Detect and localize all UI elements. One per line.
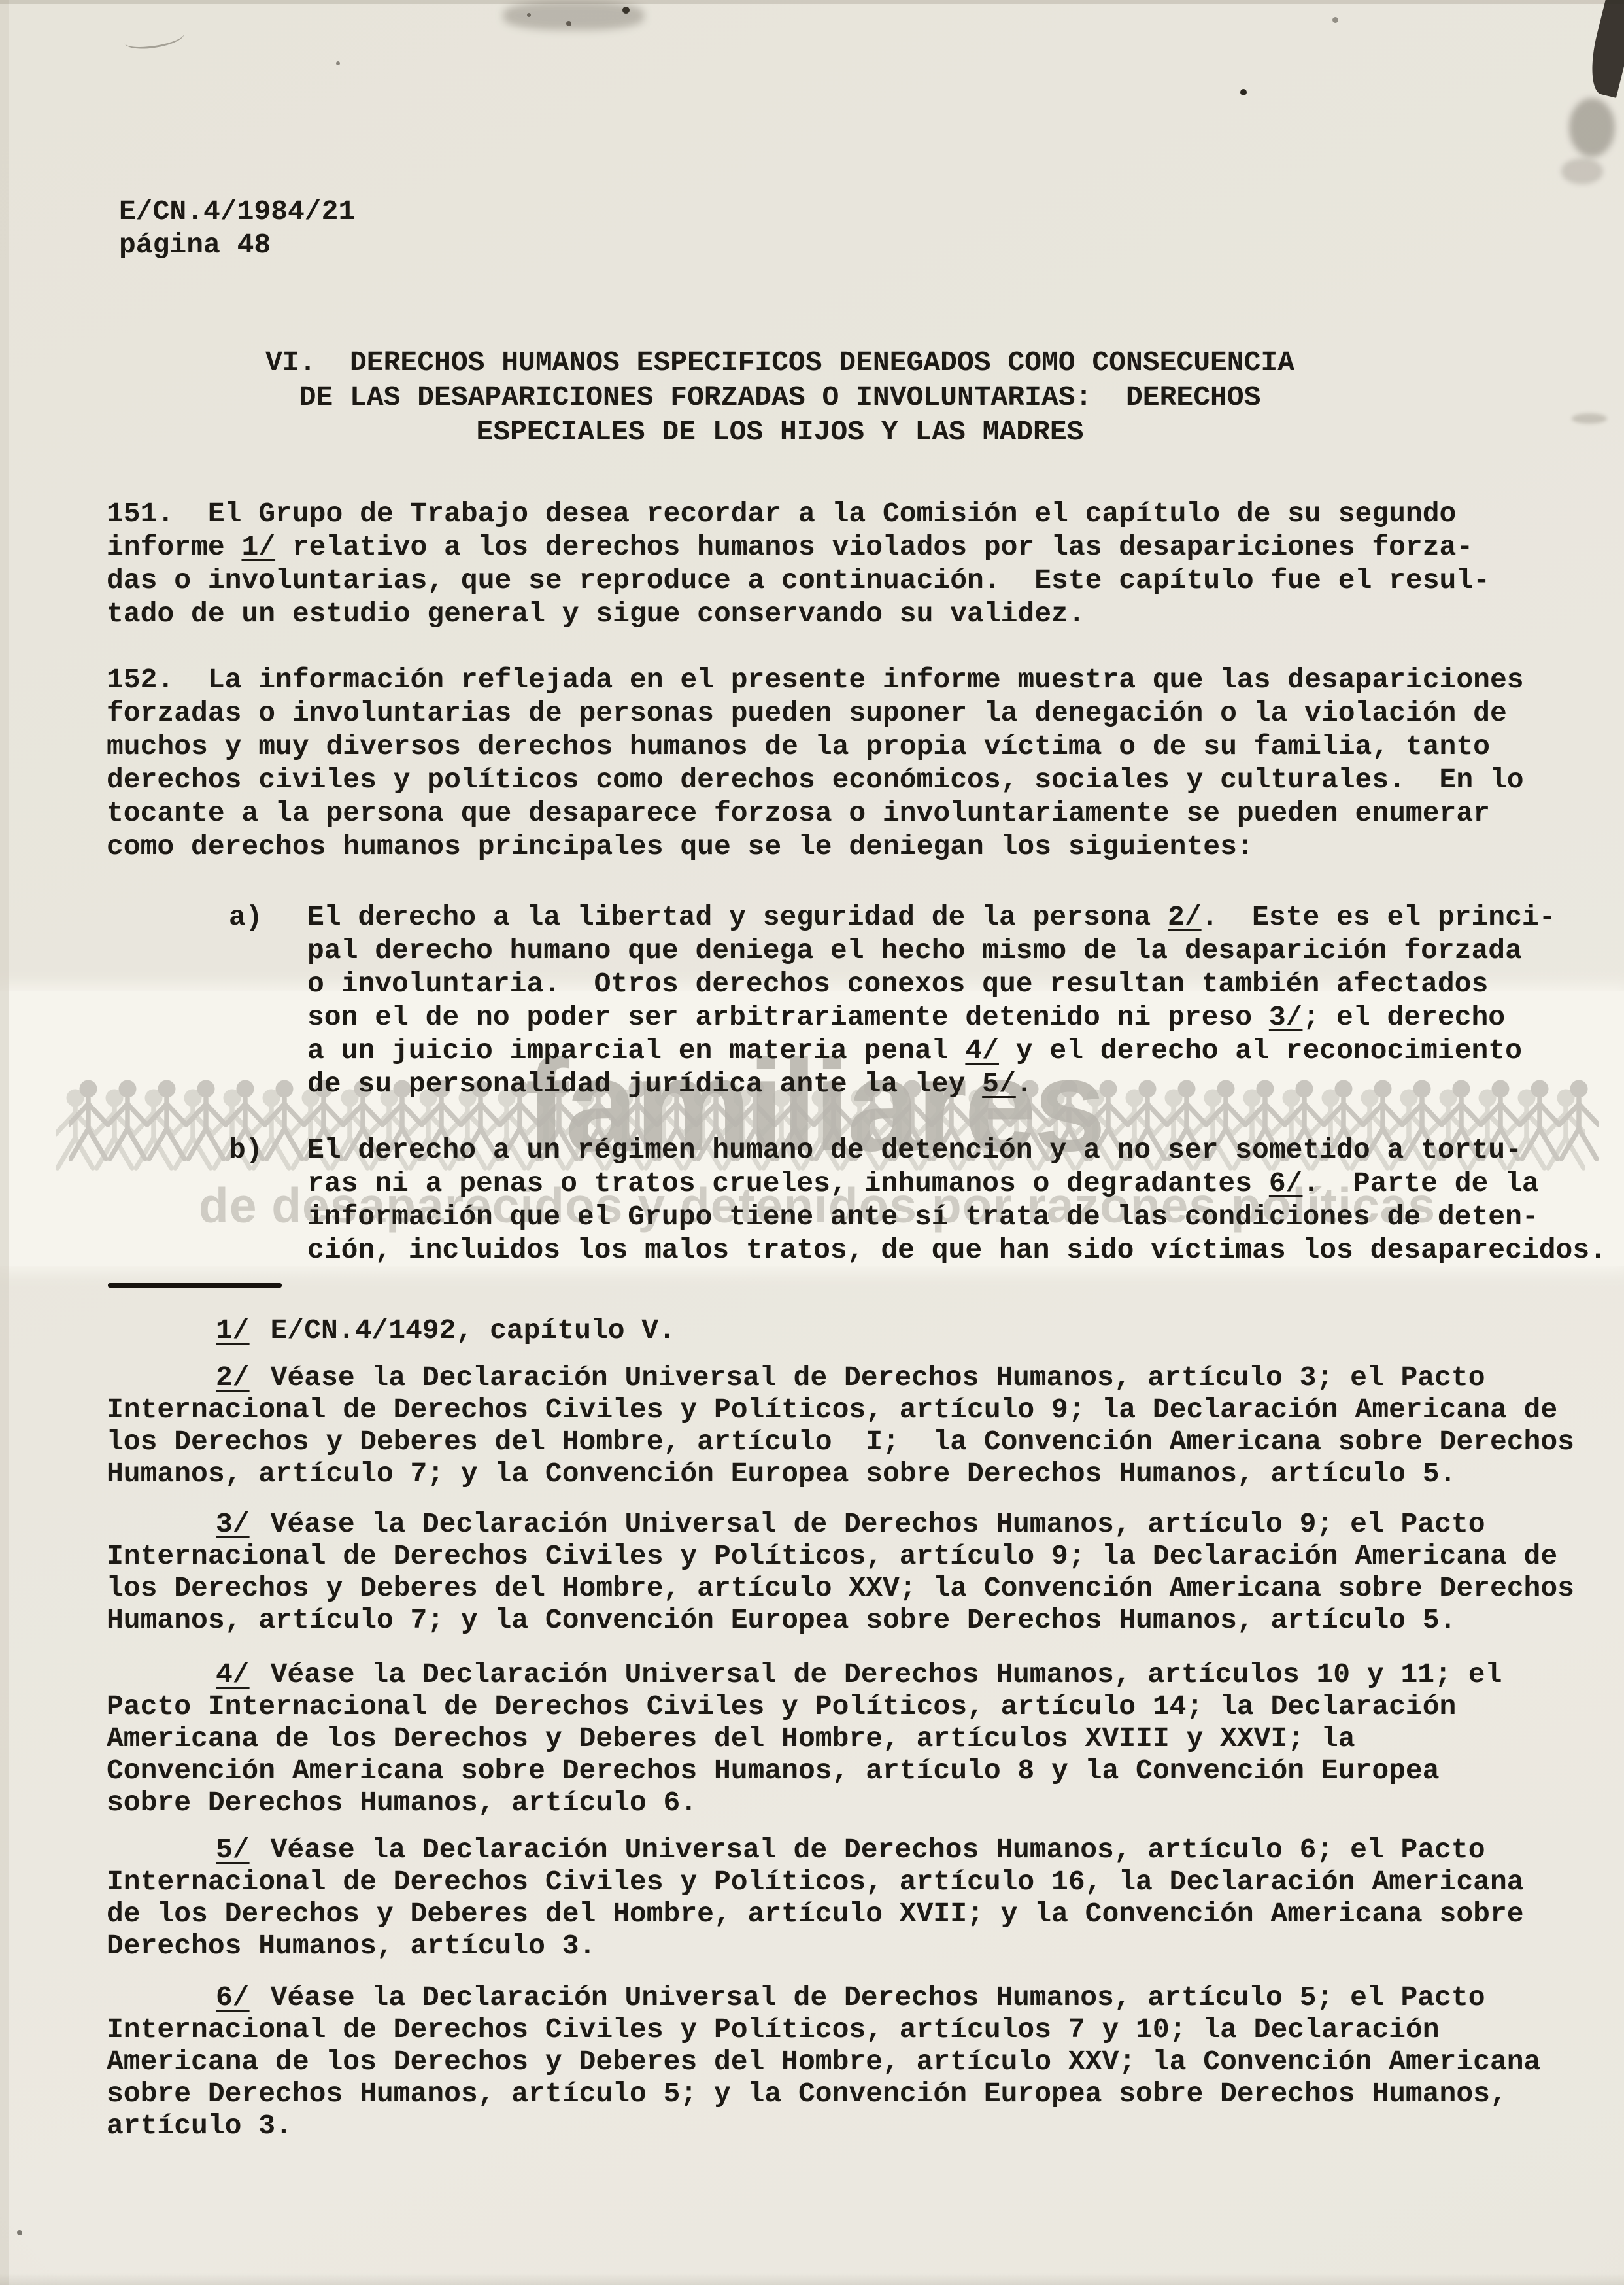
scanned-document-page: familiares de desaparecidos y detenidos … <box>0 0 1624 2285</box>
text-line: pal derecho humano que deniega el hecho … <box>307 934 1595 967</box>
heading-line: DE LAS DESAPARICIONES FORZADAS O INVOLUN… <box>107 380 1453 415</box>
footnote-3: 3/Véase la Declaración Universal de Dere… <box>107 1508 1597 1636</box>
footnote-5: 5/Véase la Declaración Universal de Dere… <box>107 1834 1597 1962</box>
text-line: Americana de los Derechos y Deberes del … <box>107 2046 1597 2078</box>
text-line: tocante a la persona que desaparece forz… <box>107 797 1591 830</box>
text-line: El derecho a la libertad y seguridad de … <box>307 901 1595 934</box>
section-heading: VI. DERECHOS HUMANOS ESPECIFICOS DENEGAD… <box>107 345 1453 449</box>
list-marker-a: a) <box>229 901 263 934</box>
list-item-a: a) El derecho a la libertad y seguridad … <box>229 901 1595 1101</box>
text-line: Humanos, artículo 7; y la Convención Eur… <box>107 1604 1597 1636</box>
text-line: das o involuntarias, que se reproduce a … <box>107 564 1591 597</box>
text-line: sobre Derechos Humanos, artículo 5; y la… <box>107 2078 1597 2110</box>
text-line: El derecho a un régimen humano de detenc… <box>307 1133 1595 1167</box>
footnote-marker: 6/ <box>216 1982 250 2014</box>
heading-line: VI. DERECHOS HUMANOS ESPECIFICOS DENEGAD… <box>107 345 1453 380</box>
text-line: 2/Véase la Declaración Universal de Dere… <box>216 1362 1597 1394</box>
text-line: como derechos humanos principales que se… <box>107 830 1591 863</box>
text-line: artículo 3. <box>107 2110 1597 2142</box>
text-line: ras ni a penas o tratos crueles, inhuman… <box>307 1167 1595 1200</box>
text-line: forzadas o involuntarias de personas pue… <box>107 696 1591 730</box>
text-line: o involuntaria. Otros derechos conexos q… <box>307 967 1595 1001</box>
scan-speck <box>1332 17 1338 23</box>
footnote-marker: 5/ <box>216 1834 250 1866</box>
text-line: los Derechos y Deberes del Hombre, artíc… <box>107 1426 1597 1458</box>
text-line: de los Derechos y Deberes del Hombre, ar… <box>107 1898 1597 1930</box>
scan-edge-top <box>0 0 1624 4</box>
text-line: 6/Véase la Declaración Universal de Dere… <box>216 1982 1597 2014</box>
footnote-2: 2/Véase la Declaración Universal de Dere… <box>107 1362 1597 1490</box>
text-line: Internacional de Derechos Civiles y Polí… <box>107 1540 1597 1572</box>
footnote-1: 1/E/CN.4/1492, capítulo V. <box>107 1314 1597 1347</box>
footnote-marker: 2/ <box>216 1362 250 1394</box>
page-number: página 48 <box>119 228 355 262</box>
text-line: Internacional de Derechos Civiles y Polí… <box>107 1866 1597 1898</box>
text-line: 152. La información reflejada en el pres… <box>107 663 1591 696</box>
footnote-6: 6/Véase la Declaración Universal de Dere… <box>107 1982 1597 2142</box>
footnote-marker: 3/ <box>216 1508 250 1540</box>
scan-speck <box>17 2230 22 2235</box>
text-line: tado de un estudio general y sigue conse… <box>107 597 1591 630</box>
text-line: sobre Derechos Humanos, artículo 6. <box>107 1787 1597 1819</box>
list-marker-b: b) <box>229 1133 263 1167</box>
text-line: Derechos Humanos, artículo 3. <box>107 1930 1597 1962</box>
scan-speck <box>622 7 630 14</box>
heading-line: ESPECIALES DE LOS HIJOS Y LAS MADRES <box>107 415 1453 449</box>
text-line: Pacto Internacional de Derechos Civiles … <box>107 1691 1597 1723</box>
scan-speck <box>1240 89 1247 95</box>
scan-speck <box>1569 98 1615 157</box>
text-line: Internacional de Derechos Civiles y Polí… <box>107 1394 1597 1426</box>
text-line: derechos civiles y políticos como derech… <box>107 763 1591 797</box>
footnote-4: 4/Véase la Declaración Universal de Dere… <box>107 1658 1597 1819</box>
text-line: a un juicio imparcial en materia penal 4… <box>307 1034 1595 1067</box>
pencil-squiggle <box>123 24 185 52</box>
document-header: E/CN.4/1984/21 página 48 <box>119 195 355 262</box>
text-line: 3/Véase la Declaración Universal de Dere… <box>216 1508 1597 1540</box>
scan-speck <box>527 13 531 17</box>
text-line: ción, incluidos los malos tratos, de que… <box>307 1233 1595 1267</box>
footnote-separator <box>108 1283 282 1288</box>
text-line: muchos y muy diversos derechos humanos d… <box>107 730 1591 763</box>
footnote-marker: 4/ <box>216 1658 250 1691</box>
text-line: de su personalidad jurídica ante la ley … <box>307 1067 1595 1101</box>
text-line: son el de no poder ser arbitrariamente d… <box>307 1001 1595 1034</box>
scan-speck <box>336 61 340 65</box>
text-line: los Derechos y Deberes del Hombre, artíc… <box>107 1572 1597 1604</box>
text-line: 1/E/CN.4/1492, capítulo V. <box>216 1314 1597 1347</box>
text-line: 4/Véase la Declaración Universal de Dere… <box>216 1658 1597 1691</box>
text-line: 151. El Grupo de Trabajo desea recordar … <box>107 497 1591 530</box>
text-line: Convención Americana sobre Derechos Huma… <box>107 1755 1597 1787</box>
document-symbol: E/CN.4/1984/21 <box>119 195 355 228</box>
list-item-b: b) El derecho a un régimen humano de det… <box>229 1133 1595 1267</box>
footnote-marker: 1/ <box>216 1314 250 1347</box>
text-line: informe 1/ relativo a los derechos human… <box>107 530 1591 564</box>
scan-speck <box>1583 0 1624 98</box>
scan-edge-left <box>0 0 9 2285</box>
text-line: Internacional de Derechos Civiles y Polí… <box>107 2014 1597 2046</box>
scan-speck <box>566 21 571 26</box>
text-line: información que el Grupo tiene ante sí t… <box>307 1200 1595 1233</box>
scan-edge-bottom <box>0 2273 1624 2285</box>
paragraph-152: 152. La información reflejada en el pres… <box>107 663 1591 863</box>
scan-speck <box>1572 413 1607 424</box>
text-line: Americana de los Derechos y Deberes del … <box>107 1723 1597 1755</box>
scan-speck <box>503 1 644 30</box>
text-line: 5/Véase la Declaración Universal de Dere… <box>216 1834 1597 1866</box>
scan-speck <box>1561 158 1603 184</box>
paragraph-151: 151. El Grupo de Trabajo desea recordar … <box>107 497 1591 630</box>
text-line: Humanos, artículo 7; y la Convención Eur… <box>107 1458 1597 1490</box>
